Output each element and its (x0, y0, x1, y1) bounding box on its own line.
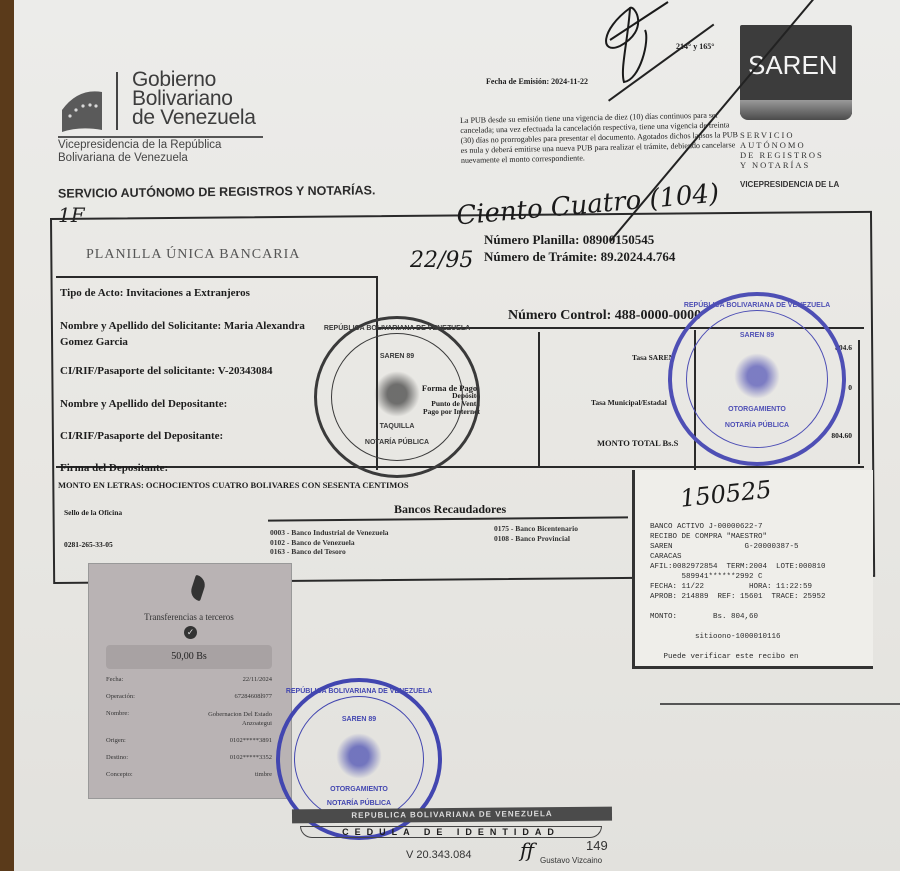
transfer-row-value: timbre (255, 771, 272, 778)
transfer-row-label: Nombre: (106, 710, 129, 717)
fecha-emision: Fecha de Emisión: 2024-11-22 (486, 77, 588, 86)
receipt-line: CARACAS (650, 552, 826, 562)
cedula-subtitle: CEDULA DE IDENTIDAD (300, 826, 602, 838)
handwritten-date: 22/95 (410, 248, 473, 273)
banco-item: 0175 - Banco Bicentenario (494, 524, 578, 534)
receipt-line: FECHA: 11/22 HORA: 11:22:59 (650, 582, 826, 592)
saren-subtitle: SERVICIO AUTÓNOMO DE REGISTROS Y NOTARÍA… (740, 130, 860, 170)
saren-sub-line-1: SERVICIO AUTÓNOMO (740, 130, 860, 150)
divider (660, 703, 900, 705)
receipt-line: sitioono-1000010116 (650, 632, 826, 642)
saren-sub-line-3: Y NOTARÍAS (740, 160, 860, 170)
transfer-row-label: Operación: (106, 693, 135, 700)
gobierno-logo-text: Gobierno Bolivariano de Venezuela (132, 70, 256, 127)
cedula-signer: Gustavo Vizcaino (540, 856, 602, 865)
coat-of-arms-icon (734, 353, 780, 399)
numero-control: Número Control: 488-0000-0000 (508, 308, 701, 324)
receipt-line: SAREN G-20000387-5 (650, 542, 826, 552)
transfer-row-value: 22/11/2024 (243, 676, 272, 683)
receipt-line: 589941******2992 C (650, 572, 826, 582)
receipt-line (650, 602, 826, 612)
bancos-list-2: 0175 - Banco Bicentenario 0108 - Banco P… (494, 524, 578, 543)
divider (538, 332, 540, 468)
receipt-line: MONTO: Bs. 804,60 (650, 612, 826, 622)
transfer-amount: 50,00 Bs (106, 651, 272, 662)
signature-icon: ﬀ (520, 838, 534, 862)
tipo-acto: Tipo de Acto: Invitaciones a Extranjeros (60, 287, 250, 299)
transfer-row-label: Concepto: (106, 771, 133, 778)
stamp-text: NOTARÍA PÚBLICA (280, 800, 438, 807)
stamp-text: OTORGAMIENTO (672, 406, 842, 413)
solicitante-nombre: Nombre y Apellido del Solicitante: Maria… (60, 320, 305, 332)
saren-logo-text: SAREN (748, 50, 838, 81)
receipt-line: APROB: 214889 REF: 15601 TRACE: 25952 (650, 592, 826, 602)
stamp-text: REPÚBLICA BOLIVARIANA DE VENEZUELA (672, 302, 842, 309)
sello-oficina: Sello de la Oficina (64, 508, 122, 517)
notary-stamp-taquilla: REPÚBLICA BOLIVARIANA DE VENEZUELA SAREN… (314, 316, 480, 478)
saren-sub-line-2: DE REGISTROS (740, 150, 860, 160)
gov-logo-line-3: de Venezuela (132, 108, 256, 127)
solicitante-apellido: Gomez Garcia (60, 336, 128, 348)
divider (58, 136, 263, 138)
transfer-row-label: Fecha: (106, 676, 123, 683)
saren-vicepresidencia: VICEPRESIDENCIA DE LA (740, 180, 839, 189)
receipt-line: Puede verificar este recibo en (650, 652, 826, 662)
transfer-row-value: Gobernacion Del Estado Anzoategui (182, 710, 272, 728)
saren-logo-wave (740, 100, 852, 120)
stamp-text: TAQUILLA (317, 423, 477, 430)
venezuela-flag-logo-icon (58, 70, 122, 134)
transfer-title: Transferencias a terceros (88, 612, 290, 622)
monto-total-label: MONTO TOTAL Bs.S (597, 438, 678, 448)
transfer-row-value: 0102*****3352 (230, 754, 272, 761)
receipt-line (650, 622, 826, 632)
stamp-text: SAREN 89 (672, 332, 842, 339)
check-circle-icon: ✓ (184, 626, 197, 639)
notary-stamp-otorgamiento: REPÚBLICA BOLIVARIANA DE VENEZUELA SAREN… (668, 292, 846, 466)
stamp-text: SAREN 89 (280, 716, 438, 723)
tasa-saren-label: Tasa SAREN (632, 353, 674, 362)
transfer-row-value: 0102*****3891 (230, 737, 272, 744)
numero-planilla: Número Planilla: 08900150545 (484, 232, 654, 248)
cedula-number: V 20.343.084 (406, 849, 471, 861)
coat-of-arms-icon (336, 733, 382, 779)
stamp-text: NOTARÍA PÚBLICA (317, 439, 477, 446)
depositante-firma: Firma del Depositante: (60, 462, 168, 474)
pub-validity-note: La PUB desde su emisión tiene una vigenc… (460, 110, 741, 166)
planilla-title: PLANILLA ÚNICA BANCARIA (86, 247, 300, 263)
tasa-municipal-label: Tasa Municipal/Estadal (591, 398, 667, 407)
banco-item: 0102 - Banco de Venezuela (270, 538, 389, 548)
receipt-line: AFIL:0082972854 TERM:2004 LOTE:000810 (650, 562, 826, 572)
numero-tramite: Número de Trámite: 89.2024.4.764 (484, 249, 675, 265)
stamp-text: REPÚBLICA BOLIVARIANA DE VENEZUELA (317, 325, 477, 332)
bancos-title: Bancos Recaudadores (394, 502, 506, 517)
gov-sub-line-2: Bolivariana de Venezuela (58, 152, 221, 165)
depositante-ci: CI/RIF/Pasaporte del Depositante: (60, 430, 223, 442)
vicepresidencia-text: Vicepresidencia de la República Bolivari… (58, 139, 221, 165)
transfer-row-label: Origen: (106, 737, 126, 744)
divider (56, 466, 864, 468)
stamp-text: REPÚBLICA BOLIVARIANA DE VENEZUELA (280, 688, 438, 695)
receipt-line (650, 642, 826, 652)
stamp-text: SAREN 89 (317, 353, 477, 360)
signature-scribble-icon (590, 0, 670, 90)
solicitante-ci: CI/RIF/Pasaporte del solicitante: V-2034… (60, 365, 273, 377)
receipt-line: RECIBO DE COMPRA "MAESTRO" (650, 532, 826, 542)
cedula-header-band: REPUBLICA BOLIVARIANA DE VENEZUELA (292, 807, 612, 824)
transfer-row-label: Destino: (106, 754, 128, 761)
receipt-line: BANCO ACTIVO J-00000622-7 (650, 522, 826, 532)
gov-sub-line-1: Vicepresidencia de la República (58, 139, 221, 152)
banco-item: 0108 - Banco Provincial (494, 534, 578, 544)
office-phone: 0281-265-33-05 (64, 540, 113, 549)
transfer-row-value: 67284608l977 (234, 693, 272, 700)
stamp-text: OTORGAMIENTO (280, 786, 438, 793)
divider (858, 340, 860, 464)
banco-item: 0163 - Banco del Tesoro (270, 547, 389, 557)
banco-item: 0003 - Banco Industrial de Venezuela (270, 528, 389, 538)
receipt-text: BANCO ACTIVO J-00000622-7RECIBO DE COMPR… (650, 522, 826, 662)
stamp-text: NOTARÍA PÚBLICA (672, 422, 842, 429)
cedula-code: 149 (586, 838, 608, 853)
bancos-list-1: 0003 - Banco Industrial de Venezuela 010… (270, 528, 389, 557)
coat-of-arms-icon (374, 371, 420, 417)
depositante-nombre: Nombre y Apellido del Depositante: (60, 398, 227, 410)
monto-en-letras: MONTO EN LETRAS: OCHOCIENTOS CUATRO BOLI… (58, 480, 409, 490)
